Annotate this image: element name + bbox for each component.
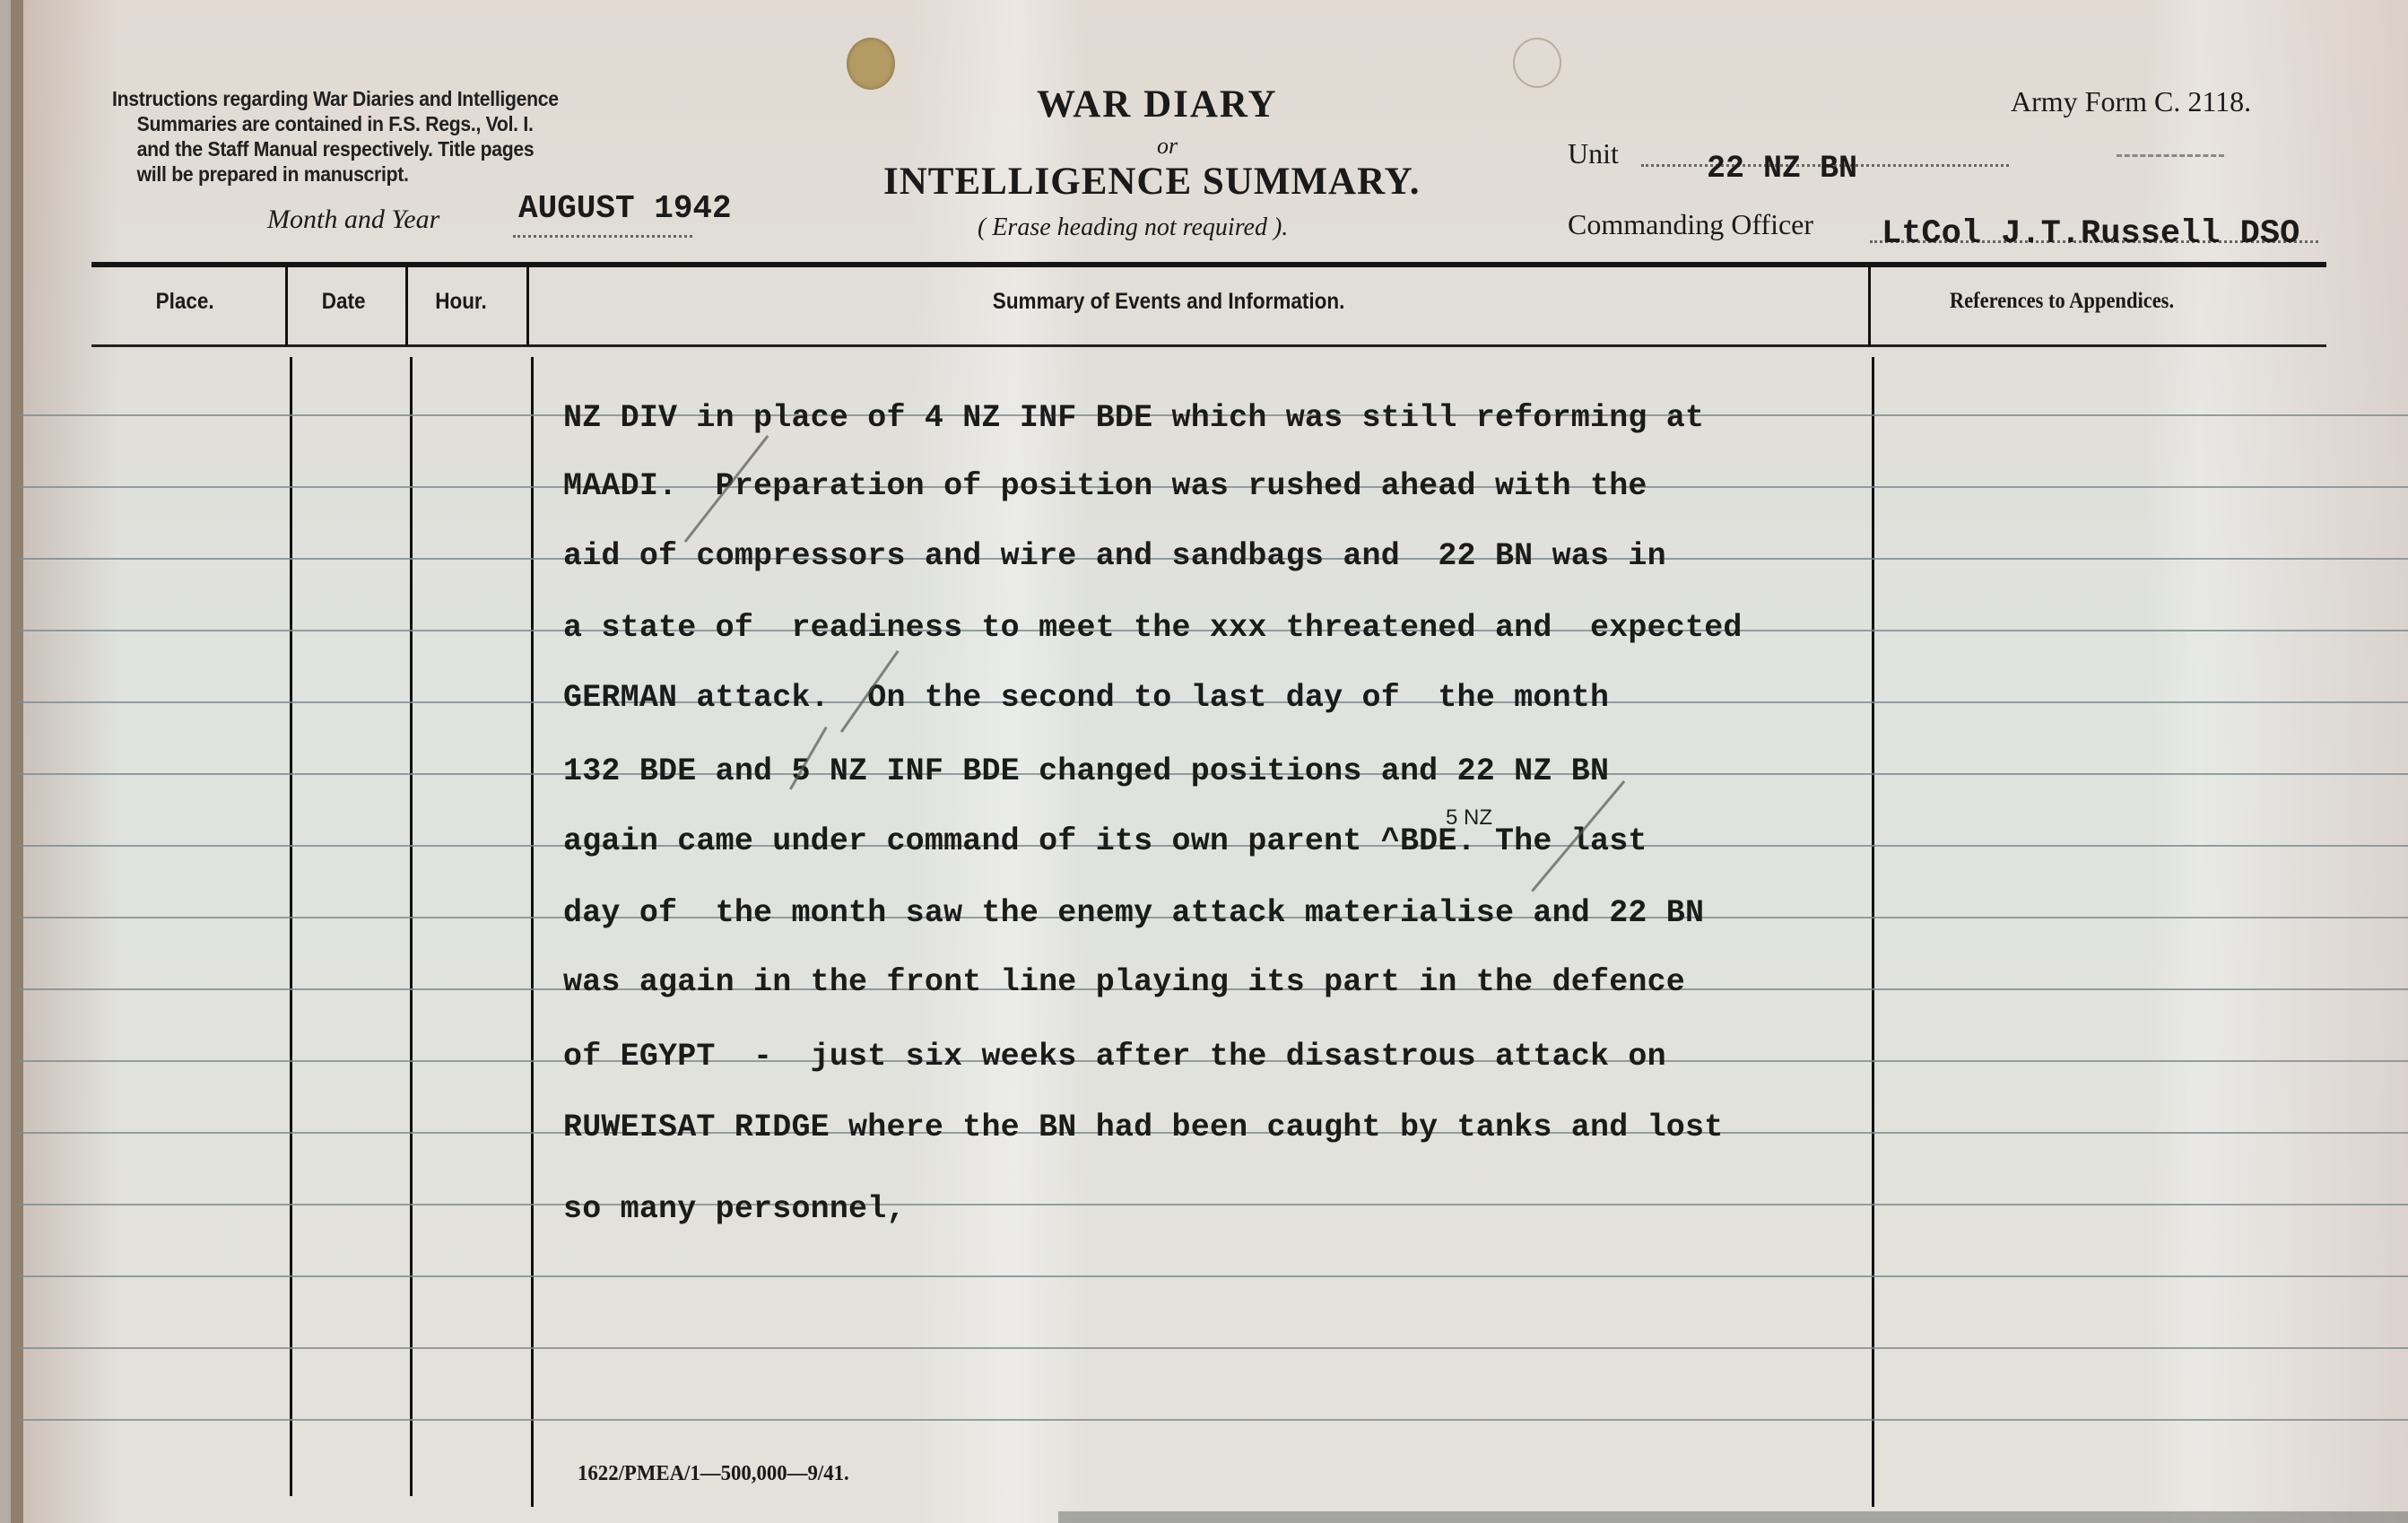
page-edge xyxy=(11,0,23,1523)
header-bottom-rule xyxy=(91,344,2326,347)
instructions-line: will be prepared in manuscript. xyxy=(112,161,690,187)
month-year-value: AUGUST 1942 xyxy=(518,190,732,227)
column-divider xyxy=(1868,267,1871,346)
entry-line: aid of compressors and wire and sandbags… xyxy=(563,538,1666,574)
unit-label: Unit xyxy=(1568,137,1619,170)
column-header-place: Place. xyxy=(156,289,214,315)
form-title: WAR DIARY xyxy=(1037,83,1278,126)
entry-line: NZ DIV in place of 4 NZ INF BDE which wa… xyxy=(563,400,1704,436)
entry-line: 132 BDE and 5 NZ INF BDE changed positio… xyxy=(563,753,1609,789)
blank-reference-line xyxy=(2117,154,2224,157)
column-divider xyxy=(410,357,413,1496)
month-year-label: Month and Year xyxy=(267,205,439,235)
entry-line: GERMAN attack. On the second to last day… xyxy=(563,680,1609,716)
instructions-line: and the Staff Manual respectively. Title… xyxy=(112,136,690,161)
instructions-line: Instructions regarding War Diaries and I… xyxy=(112,86,690,111)
instructions-line: Summaries are contained in F.S. Regs., V… xyxy=(112,111,690,136)
punch-hole-outline-icon xyxy=(1513,38,1561,88)
entry-line: day of the month saw the enemy attack ma… xyxy=(563,895,1704,931)
column-divider xyxy=(531,357,534,1507)
ruled-line xyxy=(16,1419,2408,1421)
army-form-number: Army Form C. 2118. xyxy=(2011,85,2251,118)
commanding-officer-label: Commanding Officer xyxy=(1568,208,1813,241)
column-divider xyxy=(526,267,529,346)
form-title-or: or xyxy=(1157,133,1178,160)
instructions-text: Instructions regarding War Diaries and I… xyxy=(112,86,690,187)
page-fold-shadow xyxy=(1058,1511,2408,1523)
punch-hole-icon xyxy=(847,38,895,90)
entry-line: RUWEISAT RIDGE where the BN had been cau… xyxy=(563,1110,1723,1145)
column-divider xyxy=(290,357,292,1496)
month-year-dotted-line xyxy=(513,235,692,238)
column-header-hour: Hour. xyxy=(435,289,487,315)
entry-line: so many personnel, xyxy=(563,1191,906,1227)
column-header-date: Date xyxy=(322,289,366,315)
column-header-references: References to Appendices. xyxy=(1950,289,2174,314)
form-title-alt: INTELLIGENCE SUMMARY. xyxy=(883,160,1421,204)
entry-line: of EGYPT - just six weeks after the disa… xyxy=(563,1039,1666,1075)
column-divider xyxy=(1872,357,1874,1507)
form-title-note: ( Erase heading not required ). xyxy=(978,213,1288,242)
unit-value: 22 NZ BN xyxy=(1707,151,1857,187)
header-top-rule xyxy=(91,262,2326,267)
entry-line: a state of readiness to meet the xxx thr… xyxy=(563,610,1743,646)
handwritten-insertion: 5 NZ xyxy=(1446,805,1492,831)
column-divider xyxy=(285,267,288,346)
column-divider xyxy=(405,267,408,346)
entry-line: was again in the front line playing its … xyxy=(563,964,1685,1000)
ruled-line xyxy=(16,1204,2408,1205)
column-header-summary: Summary of Events and Information. xyxy=(993,289,1345,315)
ruled-line xyxy=(16,1275,2408,1277)
ruled-line xyxy=(16,1347,2408,1349)
printer-imprint: 1622/PMEA/1—500,000—9/41. xyxy=(578,1462,849,1486)
commanding-officer-value: LtCol J.T.Russell DSO xyxy=(1882,215,2299,253)
